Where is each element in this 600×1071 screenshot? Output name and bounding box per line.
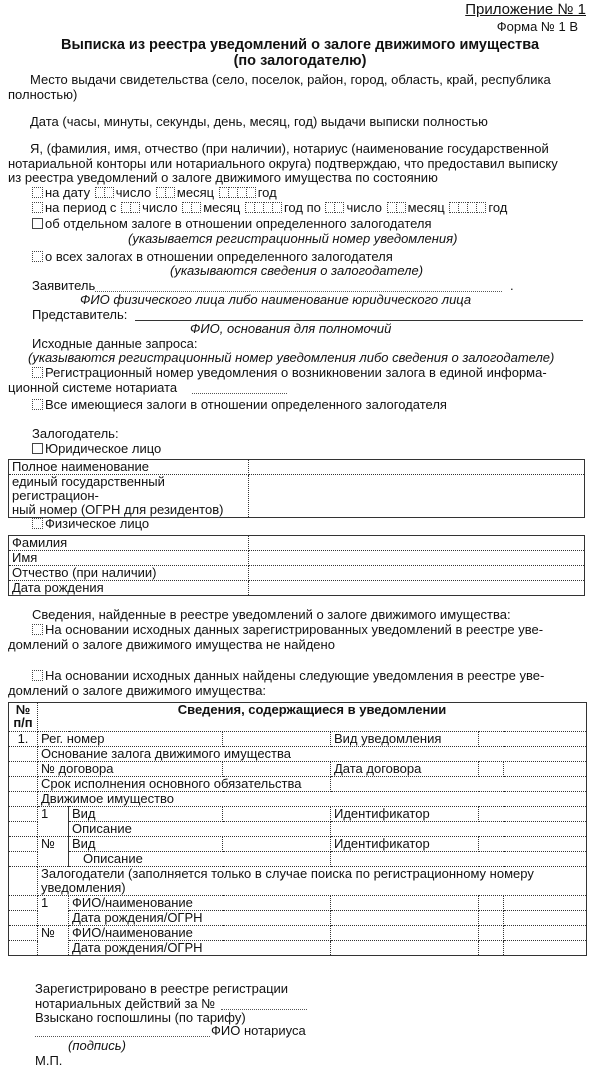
place-label: Место выдачи свидетельства (село, посело… (30, 72, 551, 87)
pledgor-title: Залогодатель: (32, 426, 119, 441)
appendix-label: Приложение № 1 (465, 2, 586, 17)
pledgor-name-value-n-b[interactable] (479, 926, 504, 941)
ogrn-label: единый государственный регистрацион-ный … (9, 475, 249, 518)
found-none-cont: домлений о залоге движимого имущества не… (8, 637, 335, 652)
query-all: Все имеющиеся залоги в отношении определ… (32, 397, 447, 412)
full-name-label: Полное наименование (9, 460, 249, 475)
year-boxes[interactable] (220, 187, 256, 198)
from-year-boxes[interactable] (246, 202, 282, 213)
notary-name-label: ФИО нотариуса (211, 1023, 306, 1038)
pledgor-birth-label-n: Дата рождения/ОГРН (69, 941, 331, 956)
option-single-pledge: об отдельном залоге в отношении определе… (32, 216, 432, 231)
found-title: Сведения, найденные в реестре уведомлени… (32, 607, 511, 622)
date-label: Дата (часы, минуты, секунды, день, месяц… (30, 114, 488, 129)
signature-hint: (подпись) (68, 1038, 126, 1053)
query-reg-field[interactable] (192, 380, 287, 394)
pledgor-name-value-n-a[interactable] (331, 926, 479, 941)
to-day-boxes[interactable] (326, 202, 344, 213)
page-subtitle: (по залогодателю) (0, 54, 600, 69)
option-all-pledges: о всех залогах в отношении определенного… (32, 249, 393, 264)
surname-value[interactable] (249, 536, 585, 551)
query-reg-checkbox[interactable] (32, 367, 43, 378)
notary-text-2: нотариальной конторы или нотариального о… (8, 156, 558, 171)
query-all-checkbox[interactable] (32, 399, 43, 410)
pledgor-birth-value-n-a[interactable] (331, 941, 479, 956)
representative-field[interactable] (135, 307, 583, 321)
from-day-boxes[interactable] (122, 202, 140, 213)
all-pledges-checkbox[interactable] (32, 251, 43, 262)
first-name-value[interactable] (249, 551, 585, 566)
contract-date-value-a[interactable] (479, 762, 504, 777)
found-none-option: На основании исходных данных зарегистрир… (32, 622, 543, 637)
representative-hint: ФИО, основания для полномочий (190, 321, 391, 336)
contract-number-label: № договора (38, 762, 223, 777)
individual-table: Фамилия Имя Отчество (при наличии) Дата … (8, 535, 585, 596)
pledgor-birth-label: Дата рождения/ОГРН (69, 911, 331, 926)
legal-entity-table: Полное наименование единый государственн… (8, 459, 585, 518)
reg-number-label: Рег. номер (38, 732, 223, 747)
contract-date-value-b[interactable] (504, 762, 587, 777)
property-description-value[interactable] (331, 822, 587, 837)
query-reg-number: Регистрационный номер уведомления о возн… (32, 365, 547, 380)
patronymic-label: Отчество (при наличии) (9, 566, 249, 581)
pledgor-item-n: № (38, 926, 69, 956)
month-boxes[interactable] (157, 187, 175, 198)
pledgor-name-value-n-c[interactable] (504, 926, 587, 941)
property-description-label: Описание (69, 822, 331, 837)
reg-number-value[interactable] (223, 732, 331, 747)
notary-text-3: из реестра уведомлений о залоге движимог… (8, 170, 438, 185)
property-kind-label-n: Вид (69, 837, 223, 852)
option-on-date: на дату число месяц год (32, 185, 277, 200)
pledgor-birth-value-n-c[interactable] (504, 941, 587, 956)
single-pledge-hint: (указывается регистрационный номер уведо… (128, 231, 457, 246)
pledgor-birth-value-c[interactable] (504, 911, 587, 926)
pledgor-item-1: 1 (38, 896, 69, 926)
term-label: Срок исполнения основного обязательства (38, 777, 331, 792)
found-none-checkbox[interactable] (32, 624, 43, 635)
registered-number-label: нотариальных действий за № (35, 996, 215, 1011)
representative-label: Представитель: (32, 307, 127, 322)
birth-date-value[interactable] (249, 581, 585, 596)
page-title: Выписка из реестра уведомлений о залоге … (0, 38, 600, 53)
birth-date-label: Дата рождения (9, 581, 249, 596)
to-year-boxes[interactable] (450, 202, 486, 213)
property-description-value-n[interactable] (331, 852, 587, 867)
row-number: 1. (9, 732, 38, 747)
notary-text-1: Я, (фамилия, имя, отчество (при наличии)… (30, 141, 549, 156)
contract-date-label: Дата договора (331, 762, 479, 777)
applicant-period: . (510, 278, 514, 293)
individual-checkbox[interactable] (32, 518, 43, 529)
pledgor-name-value-b[interactable] (479, 896, 504, 911)
pledgor-name-label: ФИО/наименование (69, 896, 331, 911)
term-value[interactable] (331, 777, 587, 792)
all-pledges-hint: (указываются сведения о залогодателе) (170, 263, 423, 278)
property-kind-label: Вид (69, 807, 223, 822)
legal-entity-checkbox[interactable] (32, 443, 43, 454)
found-some-checkbox[interactable] (32, 670, 43, 681)
applicant-label: Заявитель (32, 278, 95, 293)
option-period: на период с число месяц год по число мес… (32, 200, 507, 215)
registered-number-field[interactable] (221, 996, 307, 1010)
pledgor-name-label-n: ФИО/наименование (69, 926, 331, 941)
property-label: Движимое имущество (38, 792, 587, 807)
found-some-cont: домлений о залоге движимого имущества: (8, 683, 266, 698)
individual-option: Физическое лицо (32, 516, 149, 531)
notices-table: №п/п Сведения, содержащиеся в уведомлени… (8, 702, 587, 956)
stamp-label: М.П. (35, 1053, 62, 1068)
first-name-label: Имя (9, 551, 249, 566)
pledgor-birth-value-a[interactable] (331, 911, 479, 926)
pledgors-label: Залогодатели (заполняется только в случа… (38, 867, 587, 896)
query-reg-cont: ционной системе нотариата (8, 380, 177, 395)
period-checkbox[interactable] (32, 202, 43, 213)
legal-entity-option: Юридическое лицо (32, 441, 161, 456)
pledgor-birth-value-n-b[interactable] (479, 941, 504, 956)
day-boxes[interactable] (96, 187, 114, 198)
property-identifier-label-n: Идентификатор (331, 837, 479, 852)
pledgor-birth-value-b[interactable] (479, 911, 504, 926)
to-month-boxes[interactable] (388, 202, 406, 213)
property-identifier-label: Идентификатор (331, 807, 479, 822)
property-kind-value[interactable] (223, 807, 331, 822)
signature-field[interactable] (35, 1023, 210, 1037)
form-number: Форма № 1 В (497, 19, 578, 34)
pledge-basis-label: Основание залога движимого имущества (38, 747, 587, 762)
pledgor-name-value-c[interactable] (504, 896, 587, 911)
property-identifier-value[interactable] (479, 807, 587, 822)
query-title: Исходные данные запроса: (32, 336, 197, 351)
notice-type-value[interactable] (479, 732, 587, 747)
col-header-info: Сведения, содержащиеся в уведомлении (38, 703, 587, 732)
applicant-hint: ФИО физического лица либо наименование ю… (80, 292, 471, 307)
notice-type-label: Вид уведомления (331, 732, 479, 747)
single-pledge-checkbox[interactable] (32, 218, 43, 229)
contract-number-value[interactable] (223, 762, 331, 777)
query-hint: (указываются регистрационный номер уведо… (28, 350, 554, 365)
from-month-boxes[interactable] (183, 202, 201, 213)
registered-text: Зарегистрировано в реестре регистрации (35, 981, 288, 996)
patronymic-value[interactable] (249, 566, 585, 581)
surname-label: Фамилия (9, 536, 249, 551)
place-label-cont: полностью) (8, 87, 77, 102)
ogrn-value[interactable] (249, 475, 585, 518)
property-kind-value-n[interactable] (223, 837, 331, 852)
property-item-n: № (38, 837, 69, 867)
pledgor-name-value-a[interactable] (331, 896, 479, 911)
full-name-value[interactable] (249, 460, 585, 475)
property-description-label-n: Описание (69, 852, 331, 867)
on-date-checkbox[interactable] (32, 187, 43, 198)
property-item-1: 1 (38, 807, 69, 837)
applicant-field[interactable] (95, 278, 502, 292)
found-some-option: На основании исходных данных найдены сле… (32, 668, 544, 683)
property-identifier-value-n[interactable] (479, 837, 587, 852)
col-header-number: №п/п (9, 703, 38, 732)
